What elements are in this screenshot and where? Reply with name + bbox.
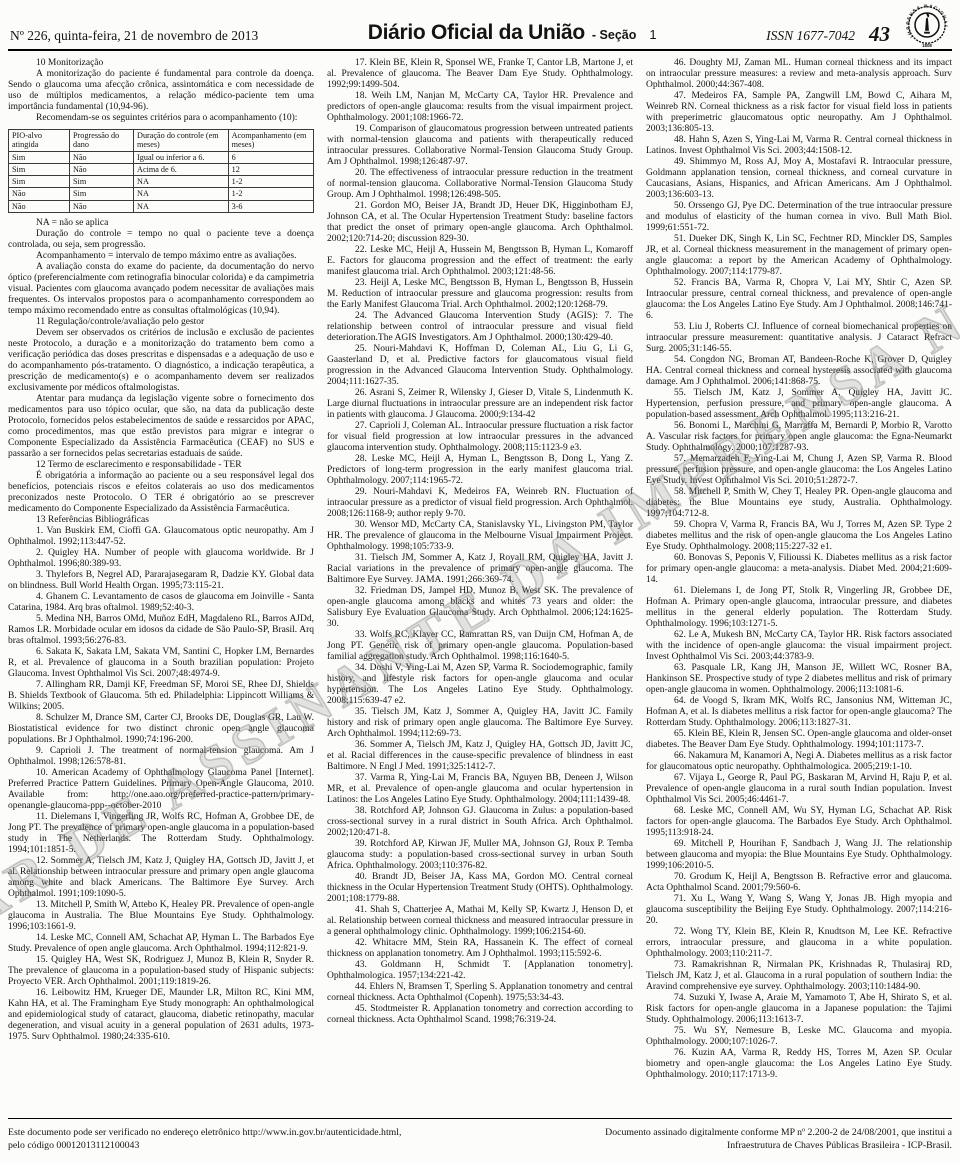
footer-signature: Documento assinado digitalmente conforme… <box>605 1126 952 1152</box>
paragraph: 56. Bonomi L, Marchini G, Marraffa M, Be… <box>646 421 952 454</box>
paragraph: 34. Doshi V, Ying-Lai M, Azen SP, Varma … <box>327 663 633 707</box>
paragraph: 74. Suzuki Y, Iwase A, Araie M, Yamamoto… <box>646 993 952 1026</box>
masthead-section-label: - Seção <box>592 28 636 42</box>
paragraph: 11 Regulação/controle/avaliação pelo ges… <box>8 317 314 328</box>
paragraph: 6. Sakata K, Sakata LM, Sakata VM, Santi… <box>8 647 314 680</box>
table-header-cell: PIO-alvo atingida <box>9 130 70 152</box>
paragraph: 75. Wu SY, Nemesure B, Leske MC. Glaucom… <box>646 1026 952 1048</box>
paragraph: 49. Shimmyo M, Ross AJ, Moy A, Mostafavi… <box>646 157 952 201</box>
paragraph: 57. Memarzadeh F, Ying-Lai M, Chung J, A… <box>646 454 952 487</box>
paragraph: 60. Bonovas S, Peponis V, Filioussi K. D… <box>646 553 952 586</box>
paragraph: 30. Wensor MD, McCarty CA, Stanislavsky … <box>327 520 633 553</box>
paragraph: 39. Rotchford AP, Kirwan JF, Muller MA, … <box>327 839 633 872</box>
paragraph: 64. de Voogd S, Ikram MK, Wolfs RC, Jans… <box>646 696 952 729</box>
paragraph: É obrigatória a informação ao paciente o… <box>8 471 314 515</box>
paragraph: 12 Termo de esclarecimento e responsabil… <box>8 460 314 471</box>
footer-verification-code: pelo código 00012013112100043 <box>8 1139 401 1152</box>
paragraph: 19. Comparison of glaucomatous progressi… <box>327 124 633 168</box>
paragraph: 20. The effectiveness of intraocular pre… <box>327 168 633 201</box>
paragraph: 71. Xu L, Wang Y, Wang S, Wang Y, Jonas … <box>646 894 952 927</box>
paragraph: 24. The Advanced Glaucoma Intervention S… <box>327 311 633 344</box>
left-body: NA = não se aplicaDuração do controle = … <box>8 218 314 1043</box>
paragraph: 16. Leibowitz HM, Krueger DE, Maunder LR… <box>8 988 314 1043</box>
footer: Este documento pode ser verificado no en… <box>8 1118 952 1152</box>
paragraph: 31. Tielsch JM, Sommer A, Katz J, Royall… <box>327 553 633 586</box>
paragraph: 32. Friedman DS, Jampel HD, Munoz B, Wes… <box>327 586 633 630</box>
paragraph: Devem ser observados os critérios de inc… <box>8 328 314 394</box>
table-cell: Não <box>70 163 134 175</box>
table-cell: Não <box>70 200 134 212</box>
paragraph: 40. Brandt JD, Beiser JA, Kass MA, Gordo… <box>327 872 633 905</box>
paragraph: 17. Klein BE, Klein R, Sponsel WE, Frank… <box>327 58 633 91</box>
paragraph: Recomendam-se os seguintes critérios par… <box>8 113 314 124</box>
paragraph: 43. Goldmann H, Schmidt T. [Applanation … <box>327 960 633 982</box>
paragraph: 8. Schulzer M, Drance SM, Carter CJ, Bro… <box>8 713 314 746</box>
paragraph: 55. Tielsch JM, Katz J, Sommer A, Quigle… <box>646 388 952 421</box>
paragraph: 27. Caprioli J, Coleman AL. Intraocular … <box>327 421 633 454</box>
table-header-cell: Progressão do dano <box>70 130 134 152</box>
paragraph: 44. Ehlers N, Bramsen T, Sperling S. App… <box>327 982 633 1004</box>
middle-column: 17. Klein BE, Klein R, Sponsel WE, Frank… <box>327 58 633 1090</box>
paragraph: 59. Chopra V, Varma R, Francis BA, Wu J,… <box>646 520 952 553</box>
table-cell: Sim <box>70 176 134 188</box>
table-cell: Sim <box>70 188 134 200</box>
paragraph: 50. Orssengo GJ, Pye DC. Determination o… <box>646 201 952 234</box>
paragraph: 26. Asrani S, Zeimer R, Wilensky J, Gies… <box>327 388 633 421</box>
table-cell: 1-2 <box>228 176 313 188</box>
paragraph: 66. Nakamura M, Kanamori A, Negi A. Diab… <box>646 751 952 773</box>
table-row: Sim Não Acima de 6. 12 <box>9 163 314 175</box>
paragraph: NA = não se aplica <box>8 218 314 229</box>
paragraph: 42. Whitacre MM, Stein RA, Hassanein K. … <box>327 938 633 960</box>
paragraph: 21. Gordon MO, Beiser JA, Brandt JD, Heu… <box>327 201 633 245</box>
paragraph: 11. Dielemans I, Vingerling JR, Wolfs RC… <box>8 812 314 856</box>
paragraph: Atentar para mudança da legislação vigen… <box>8 394 314 460</box>
edition-date: Nº 226, quinta-feira, 21 de novembro de … <box>10 28 258 48</box>
paragraph: 73. Ramakrishnan R, Nirmalan PK, Krishna… <box>646 960 952 993</box>
masthead-section-number: 1 <box>649 27 656 42</box>
paragraph: 14. Leske MC, Connell AM, Schachat AP, H… <box>8 933 314 955</box>
footer-verification: Este documento pode ser verificado no en… <box>8 1126 401 1152</box>
paragraph: 9. Caprioli J. The treatment of normal-t… <box>8 746 314 768</box>
table-cell: NA <box>134 176 229 188</box>
table-row: Não Sim NA 1-2 <box>9 188 314 200</box>
paragraph: 37. Varma R, Ying-Lai M, Francis BA, Ngu… <box>327 773 633 806</box>
paragraph: 70. Grodum K, Heijl A, Bengtsson B. Refr… <box>646 872 952 894</box>
table-cell: Sim <box>9 176 70 188</box>
table-cell: Não <box>9 200 70 212</box>
footer-signature-line1: Documento assinado digitalmente conforme… <box>605 1126 952 1139</box>
paragraph: 12. Sommer A, Tielsch JM, Katz J, Quigle… <box>8 856 314 900</box>
table-cell: Igual ou inferior a 6. <box>134 151 229 163</box>
table-header-cell: Acompanhamento (em meses) <box>228 130 313 152</box>
paragraph: 47. Medeiros FA, Sample PA, Zangwill LM,… <box>646 91 952 135</box>
paragraph: 38. Rotchford AP, Johnson GJ. Glaucoma i… <box>327 806 633 839</box>
masthead-title: Diário Oficial da União <box>368 21 585 45</box>
paragraph: 10. American Academy of Ophthalmology Gl… <box>8 768 314 812</box>
paragraph: 61. Dielemans I, de Jong PT, Stolk R, Vi… <box>646 586 952 630</box>
paragraph: 41. Shah S, Chatterjee A, Mathai M, Kell… <box>327 905 633 938</box>
paragraph: 45. Stodtmeister R. Applanation tonometr… <box>327 1004 633 1026</box>
paragraph: 48. Hahn S, Azen S, Ying-Lai M, Varma R.… <box>646 135 952 157</box>
masthead: Diário Oficial da União - Seção 1 <box>368 21 657 48</box>
table-cell: Acima de 6. <box>134 163 229 175</box>
table-cell: 1-2 <box>228 188 313 200</box>
paragraph: 46. Doughty MJ, Zaman ML. Human corneal … <box>646 58 952 91</box>
paragraph: Duração do controle = tempo no qual o pa… <box>8 229 314 251</box>
header-right: ISSN 1677-7042 43 IMPRENSA NACIONAL 1808 <box>766 2 950 48</box>
table-cell: 12 <box>228 163 313 175</box>
paragraph: 54. Congdon NG, Broman AT, Bandeen-Roche… <box>646 355 952 388</box>
left-column: 10 MonitorizaçãoA monitorização do pacie… <box>8 58 314 1090</box>
paragraph: 13 Referências Bibliográficas <box>8 515 314 526</box>
paragraph: 2. Quigley HA. Number of people with gla… <box>8 548 314 570</box>
paragraph: 67. Vijaya L, George R, Paul PG, Baskara… <box>646 773 952 806</box>
paragraph: 35. Tielsch JM, Katz J, Sommer A, Quigle… <box>327 707 633 740</box>
paragraph: 68. Leske MC, Connell AM, Wu SY, Hyman L… <box>646 806 952 839</box>
table-header-cell: Duração do controle (em meses) <box>134 130 229 152</box>
paragraph: 15. Quigley HA, West SK, Rodriguez J, Mu… <box>8 955 314 988</box>
table-cell: Sim <box>9 151 70 163</box>
paragraph: 51. Dueker DK, Singh K, Lin SC, Fechtner… <box>646 234 952 278</box>
text-columns: 10 MonitorizaçãoA monitorização do pacie… <box>8 58 952 1090</box>
footer-signature-line2: Infraestrutura de Chaves Públicas Brasil… <box>605 1139 952 1152</box>
footer-verification-line1: Este documento pode ser verificado no en… <box>8 1126 401 1139</box>
paragraph: 65. Klein BE, Klein R, Jensen SC. Open-a… <box>646 729 952 751</box>
paragraph: 36. Sommer A, Tielsch JM, Katz J, Quigle… <box>327 740 633 773</box>
paragraph: 22. Leske MC, Heijl A, Hussein M, Bengts… <box>327 245 633 278</box>
middle-body: 17. Klein BE, Klein R, Sponsel WE, Frank… <box>327 58 633 1026</box>
imprensa-nacional-seal-icon: IMPRENSA NACIONAL 1808 <box>904 2 950 48</box>
paragraph: 33. Wolfs RC, Klaver CC, Ramrattan RS, v… <box>327 630 633 663</box>
paragraph: 5. Medina NH, Barros OMd, Muñoz EdH, Mag… <box>8 614 314 647</box>
table-cell: Não <box>70 151 134 163</box>
paragraph: 13. Mitchell P, Smith W, Attebo K, Heale… <box>8 900 314 933</box>
header: Nº 226, quinta-feira, 21 de novembro de … <box>8 4 952 48</box>
paragraph: 58. Mitchell P, Smith W, Chey T, Healey … <box>646 487 952 520</box>
paragraph: 28. Leske MC, Heijl A, Hyman L, Bengtsso… <box>327 454 633 487</box>
paragraph: 63. Pasquale LR, Kang JH, Manson JE, Wil… <box>646 663 952 696</box>
paragraph: 3. Thylefors B, Negrel AD, Pararajasegar… <box>8 570 314 592</box>
header-rule <box>8 49 952 51</box>
seal-year: 1808 <box>922 43 932 48</box>
table-header-row: PIO-alvo atingidaProgressão do danoDuraç… <box>9 130 314 152</box>
gazette-page: Nº 226, quinta-feira, 21 de novembro de … <box>0 0 960 1164</box>
table-cell: NA <box>134 200 229 212</box>
paragraph: 10 Monitorização <box>8 58 314 69</box>
monitoring-criteria-table: PIO-alvo atingidaProgressão do danoDuraç… <box>8 129 314 213</box>
paragraph: 23. Heijl A, Leske MC, Bengtsson B, Hyma… <box>327 278 633 311</box>
paragraph: 18. Weih LM, Nanjan M, McCarty CA, Taylo… <box>327 91 633 124</box>
table-cell: Não <box>9 188 70 200</box>
paragraph: 7. Allingham RR, Damji KF, Freedman SF, … <box>8 680 314 713</box>
table-cell: 6 <box>228 151 313 163</box>
paragraph: A avaliação consta do exame do paciente,… <box>8 262 314 317</box>
paragraph: 62. Le A, Mukesh BN, McCarty CA, Taylor … <box>646 630 952 663</box>
table-cell: 3-6 <box>228 200 313 212</box>
table-cell: Sim <box>9 163 70 175</box>
paragraph: A monitorização do paciente é fundamenta… <box>8 69 314 113</box>
paragraph: 76. Kuzin AA, Varma R, Reddy HS, Torres … <box>646 1048 952 1081</box>
paragraph: 1. Van Buskirk EM, Cioffi GA. Glaucomato… <box>8 526 314 548</box>
paragraph: Acompanhamento = intervalo de tempo máxi… <box>8 251 314 262</box>
paragraph: 25. Nouri-Mahdavi K, Hoffman D, Coleman … <box>327 344 633 388</box>
paragraph: 72. Wong TY, Klein BE, Klein R, Knudtson… <box>646 927 952 960</box>
issn: ISSN 1677-7042 <box>766 28 855 48</box>
paragraph: 4. Ghanem C. Levantamento de casos de gl… <box>8 592 314 614</box>
table-cell: NA <box>134 188 229 200</box>
table-row: Não Não NA 3-6 <box>9 200 314 212</box>
table-body: Sim Não Igual ou inferior a 6. 6 Sim Não… <box>9 151 314 212</box>
right-column: 46. Doughty MJ, Zaman ML. Human corneal … <box>646 58 952 1090</box>
paragraph: 52. Francis BA, Varma R, Chopra V, Lai M… <box>646 278 952 322</box>
paragraph: 53. Liu J, Roberts CJ. Influence of corn… <box>646 322 952 355</box>
page-number: 43 <box>869 22 890 48</box>
paragraph: 69. Mitchell P, Hourihan F, Sandbach J, … <box>646 839 952 872</box>
paragraph: 29. Nouri-Mahdavi K, Medeiros FA, Weinre… <box>327 487 633 520</box>
table-row: Sim Sim NA 1-2 <box>9 176 314 188</box>
left-intro: 10 MonitorizaçãoA monitorização do pacie… <box>8 58 314 124</box>
right-body: 46. Doughty MJ, Zaman ML. Human corneal … <box>646 58 952 1081</box>
table-row: Sim Não Igual ou inferior a 6. 6 <box>9 151 314 163</box>
